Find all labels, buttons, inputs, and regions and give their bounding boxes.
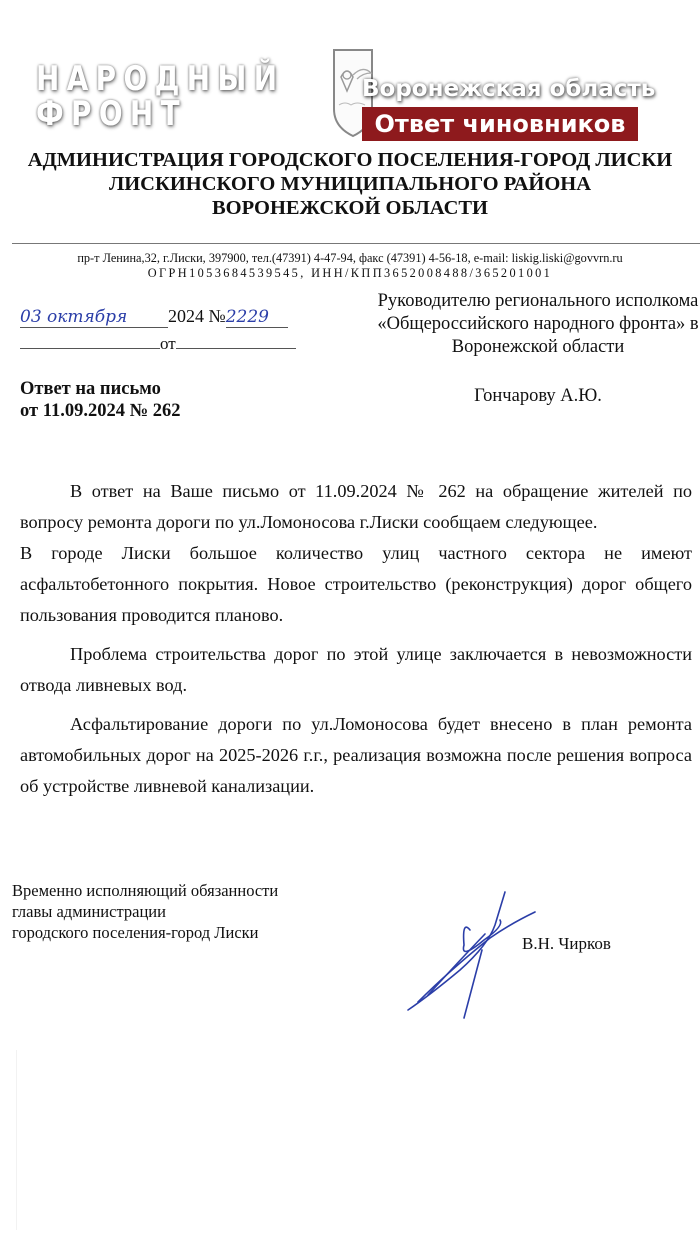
from-label: от (160, 334, 176, 353)
position-line-1: Временно исполняющий обязанности (12, 880, 278, 901)
brand-line-2: ФРОНТ (36, 97, 284, 132)
letterhead-contacts: пр-т Ленина,32, г.Лиски, 397900, тел.(47… (0, 251, 700, 281)
recipient-line-3: Воронежской области (348, 336, 700, 359)
paragraph-1: В ответ на Ваше письмо от 11.09.2024 № 2… (20, 476, 692, 538)
incoming-registration: от (20, 334, 296, 354)
narodny-front-logo: НАРОДНЫЙ ФРОНТ (36, 62, 284, 132)
title-line-1: АДМИНИСТРАЦИЯ ГОРОДСКОГО ПОСЕЛЕНИЯ-ГОРОД… (0, 148, 700, 172)
registration-ids: ОГРН1053684539545, ИНН/КПП3652008488/365… (0, 266, 700, 281)
signer-name: В.Н. Чирков (522, 934, 611, 954)
blank-date-line (20, 334, 160, 349)
title-line-2: ЛИСКИНСКОГО МУНИЦИПАЛЬНОГО РАЙОНА (0, 172, 700, 196)
letter-body: В ответ на Ваше письмо от 11.09.2024 № 2… (20, 476, 692, 802)
recipient-line-2: «Общероссийского народного фронта» в (348, 313, 700, 336)
paragraph-3: Проблема строительства дорог по этой ули… (20, 639, 692, 701)
position-line-3: городского поселения-город Лиски (12, 922, 278, 943)
letterhead-divider (12, 243, 700, 244)
outgoing-registration: 03 октября2024 №2229 (20, 306, 288, 328)
officials-response-banner: Ответ чиновников (362, 107, 638, 141)
brand-line-1: НАРОДНЫЙ (36, 62, 284, 97)
letterhead-title: АДМИНИСТРАЦИЯ ГОРОДСКОГО ПОСЕЛЕНИЯ-ГОРОД… (0, 148, 700, 220)
paragraph-4: Асфальтирование дороги по ул.Ломоносова … (20, 709, 692, 802)
year-label: 2024 № (168, 306, 226, 326)
reference-block: Ответ на письмо от 11.09.2024 № 262 (20, 378, 181, 422)
position-line-2: главы администрации (12, 901, 278, 922)
region-label: Воронежская область (362, 76, 655, 102)
reference-line-2: от 11.09.2024 № 262 (20, 400, 181, 422)
reference-line-1: Ответ на письмо (20, 378, 181, 400)
blank-number-line (176, 334, 296, 349)
scan-edge-line (16, 1050, 17, 1230)
paragraph-2: В городе Лиски большое количество улиц ч… (20, 538, 692, 631)
handwritten-number: 2229 (226, 307, 288, 328)
recipient-line-1: Руководителю регионального исполкома (348, 290, 700, 313)
title-line-3: ВОРОНЕЖСКОЙ ОБЛАСТИ (0, 196, 700, 220)
signer-position: Временно исполняющий обязанности главы а… (12, 880, 278, 943)
recipient-name: Гончарову А.Ю. (348, 385, 700, 408)
address-line: пр-т Ленина,32, г.Лиски, 397900, тел.(47… (0, 251, 700, 266)
recipient-block: Руководителю регионального исполкома «Об… (348, 290, 700, 408)
handwritten-date: 03 октября (20, 307, 168, 328)
handwritten-signature-icon (400, 890, 540, 1020)
